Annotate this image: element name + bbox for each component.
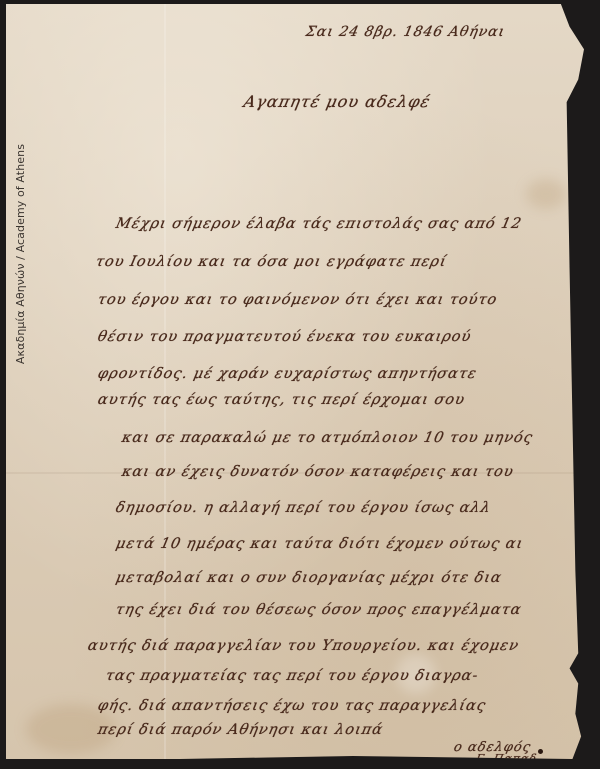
body-line: αυτής τας έως ταύτης, τις περί έρχομαι σ…: [96, 392, 466, 408]
body-line: μετά 10 ημέρας και ταύτα διότι έχομεν ού…: [114, 536, 525, 552]
body-line: Μέχρι σήμερον έλαβα τάς επιστολάς σας απ…: [114, 216, 523, 232]
body-line: αυτής διά παραγγελίαν του Υπουργείου. κα…: [86, 638, 520, 654]
body-line: φροντίδος. μέ χαράν ευχαρίστως απηντήσατ…: [96, 366, 478, 382]
body-line: και σε παρακαλώ με το ατμόπλοιον 10 του …: [120, 430, 534, 446]
body-line: του έργου και το φαινόμενον ότι έχει και…: [96, 292, 499, 308]
body-line: δημοσίου. η αλλαγή περί του έργου ίσως α…: [114, 500, 492, 516]
signature: Γ. Παπαδ.: [475, 752, 543, 765]
dateline: Σαι 24 8βρ. 1846 Αθήναι: [304, 24, 507, 40]
body-line: του Ιουλίου και τα όσα μοι εγράφατε περί: [94, 254, 448, 270]
archive-watermark: Ακαδημία Αθηνών / Academy of Athens: [14, 254, 34, 274]
letter-page: Ακαδημία Αθηνών / Academy of Athens Σαι …: [6, 4, 584, 759]
body-line: φής. διά απαντήσεις έχω του τας παραγγελ…: [96, 698, 487, 714]
paper-stain: [526, 179, 566, 209]
body-line: θέσιν του πραγματευτού ένεκα του ευκαιρο…: [96, 329, 473, 345]
salutation: Αγαπητέ μου αδελφέ: [242, 92, 432, 111]
body-line: περί διά παρόν Αθήνησι και λοιπά: [96, 722, 384, 738]
body-line: και αν έχεις δυνατόν όσον καταφέρεις και…: [120, 464, 515, 480]
body-line: της έχει διά του θέσεως όσον προς επαγγέ…: [114, 602, 523, 618]
body-line: τας πραγματείας τας περί του έργου διαγρ…: [104, 668, 480, 684]
body-line: μεταβολαί και ο συν διοργανίας μέχρι ότε…: [114, 570, 503, 586]
